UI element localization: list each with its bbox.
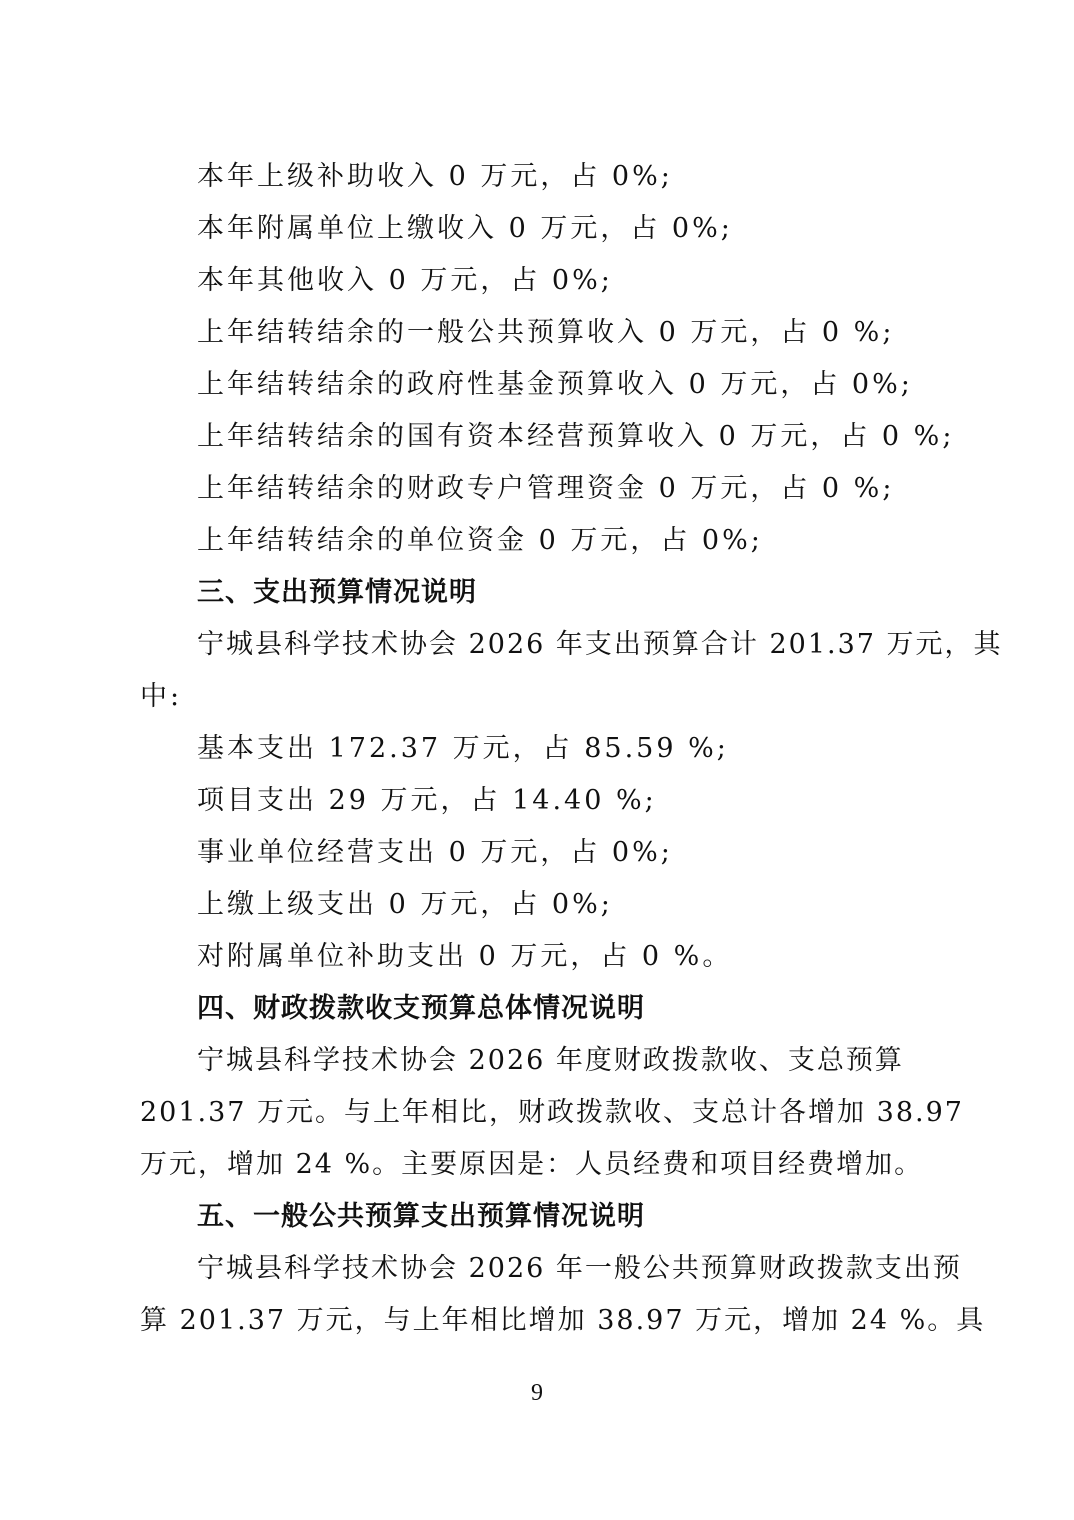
fiscal-total-para-line1: 宁城县科学技术协会 2026 年度财政拨款收、支总预算	[197, 1044, 997, 1078]
income-item: 上年结转结余的政府性基金预算收入 0 万元，占 0%;	[197, 368, 997, 402]
income-item: 本年附属单位上缴收入 0 万元，占 0%;	[197, 212, 997, 246]
section-heading-expenditure: 三、支出预算情况说明	[197, 576, 997, 610]
expenditure-item: 对附属单位补助支出 0 万元，占 0 %。	[197, 940, 997, 974]
fiscal-total-para-line3: 万元，增加 24 %。主要原因是：人员经费和项目经费增加。	[140, 1148, 940, 1182]
expenditure-item: 基本支出 172.37 万元，占 85.59 %;	[197, 732, 997, 766]
fiscal-total-para-line2: 201.37 万元。与上年相比，财政拨款收、支总计各增加 38.97	[140, 1096, 940, 1130]
income-item: 上年结转结余的国有资本经营预算收入 0 万元，占 0 %;	[197, 420, 997, 454]
expenditure-intro: 宁城县科学技术协会 2026 年支出预算合计 201.37 万元，其	[197, 628, 937, 662]
page-number: 9	[0, 1380, 1074, 1407]
expenditure-item: 项目支出 29 万元，占 14.40 %;	[197, 784, 997, 818]
income-item: 上年结转结余的单位资金 0 万元，占 0%;	[197, 524, 997, 558]
income-item: 本年其他收入 0 万元，占 0%;	[197, 264, 997, 298]
expenditure-item: 事业单位经营支出 0 万元，占 0%;	[197, 836, 997, 870]
income-item: 上年结转结余的一般公共预算收入 0 万元，占 0 %;	[197, 316, 997, 350]
income-item: 上年结转结余的财政专户管理资金 0 万元，占 0 %;	[197, 472, 997, 506]
expenditure-item: 上缴上级支出 0 万元，占 0%;	[197, 888, 997, 922]
general-budget-para-line1: 宁城县科学技术协会 2026 年一般公共预算财政拨款支出预	[197, 1252, 997, 1286]
section-heading-general-budget: 五、一般公共预算支出预算情况说明	[197, 1200, 997, 1234]
section-heading-fiscal-total: 四、财政拨款收支预算总体情况说明	[197, 992, 997, 1026]
general-budget-para-line2: 算 201.37 万元，与上年相比增加 38.97 万元，增加 24 %。具	[140, 1304, 940, 1338]
document-page: 本年上级补助收入 0 万元，占 0%; 本年附属单位上缴收入 0 万元，占 0%…	[0, 0, 1074, 1520]
income-item: 本年上级补助收入 0 万元，占 0%;	[197, 160, 997, 194]
expenditure-intro-cont: 中:	[140, 680, 940, 714]
